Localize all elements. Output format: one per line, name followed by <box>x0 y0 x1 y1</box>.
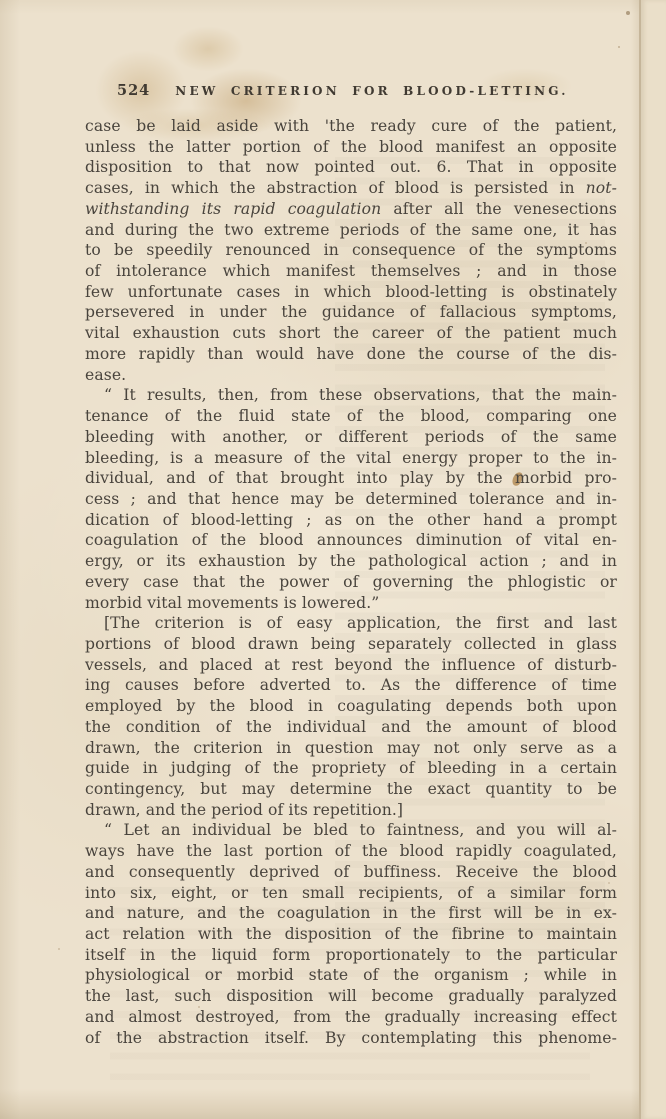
text-line: of the abstraction itself. By contemplat… <box>85 1028 617 1049</box>
left-edge-shadow <box>0 0 20 1119</box>
page-edge <box>639 0 666 1119</box>
text-line: vital exhaustion cuts short the career o… <box>85 323 617 344</box>
text-line: dication of blood-letting ; as on the ot… <box>85 510 617 531</box>
text-line: bleeding with another, or different peri… <box>85 427 617 448</box>
text-line: and consequently deprived of buffiness. … <box>85 862 617 883</box>
text-segment: cases, in which the abstraction of blood… <box>85 179 586 197</box>
running-title: NEW CRITERION FOR BLOOD-LETTING. <box>175 84 568 98</box>
text-line: unless the latter portion of the blood m… <box>85 137 617 158</box>
italic-text-segment: not- <box>586 179 617 197</box>
text-line: cases, in which the abstraction of blood… <box>85 178 617 199</box>
text-line: coagulation of the blood announces dimin… <box>85 530 617 551</box>
text-line: case be laid aside with 'the ready cure … <box>85 116 617 137</box>
text-line: persevered in under the guidance of fall… <box>85 302 617 323</box>
text-line: bleeding, is a measure of the vital ener… <box>85 448 617 469</box>
text-line: more rapidly than would have done the co… <box>85 344 617 365</box>
text-line: morbid vital movements is lowered.” <box>85 593 617 614</box>
page-header: 524 NEW CRITERION FOR BLOOD-LETTING. <box>117 82 587 99</box>
paper-specks <box>0 0 2 2</box>
text-line: “ It results, then, from these observati… <box>85 385 617 406</box>
text-line: “ Let an individual be bled to faintness… <box>85 820 617 841</box>
text-line: withstanding its rapid coagulation after… <box>85 199 617 220</box>
text-line: every case that the power of governing t… <box>85 572 617 593</box>
text-line: employed by the blood in coagulating dep… <box>85 696 617 717</box>
text-segment: after all the venesections <box>381 200 617 218</box>
text-line: to be speedily renounced in consequence … <box>85 240 617 261</box>
text-line: the condition of the individual and the … <box>85 717 617 738</box>
italic-text-segment: withstanding its rapid coagulation <box>85 200 381 218</box>
text-line: few unfortunate cases in which blood-let… <box>85 282 617 303</box>
text-line: [The criterion is of easy application, t… <box>85 613 617 634</box>
text-line: of intolerance which manifest themselves… <box>85 261 617 282</box>
text-line: drawn, and the period of its repetition.… <box>85 800 617 821</box>
text-line: guide in judging of the propriety of ble… <box>85 758 617 779</box>
text-line: and nature, and the coagulation in the f… <box>85 903 617 924</box>
text-line: vessels, and placed at rest beyond the i… <box>85 655 617 676</box>
text-line: portions of blood drawn being separately… <box>85 634 617 655</box>
text-line: ways have the last portion of the blood … <box>85 841 617 862</box>
text-line: itself in the liquid form proportionatel… <box>85 945 617 966</box>
text-line: contingency, but may determine the exact… <box>85 779 617 800</box>
text-line: ease. <box>85 365 617 386</box>
text-line: ergy, or its exhaustion by the pathologi… <box>85 551 617 572</box>
body-text: case be laid aside with 'the ready cure … <box>85 116 617 1048</box>
text-line: tenance of the fluid state of the blood,… <box>85 406 617 427</box>
text-line: physiological or morbid state of the org… <box>85 965 617 986</box>
text-line: and during the two extreme periods of th… <box>85 220 617 241</box>
page-number: 524 <box>117 82 150 99</box>
text-line: and almost destroyed, from the gradually… <box>85 1007 617 1028</box>
bottom-edge-shadow <box>0 1089 666 1119</box>
text-line: dividual, and of that brought into play … <box>85 468 617 489</box>
top-edge-shadow <box>0 0 666 14</box>
text-line: drawn, the criterion in question may not… <box>85 738 617 759</box>
text-line: the last, such disposition will become g… <box>85 986 617 1007</box>
foxing-stain <box>172 26 244 72</box>
text-line: into six, eight, or ten small recipients… <box>85 883 617 904</box>
text-line: disposition to that now pointed out. 6. … <box>85 157 617 178</box>
text-line: ing causes before adverted to. As the di… <box>85 675 617 696</box>
text-line: act relation with the disposition of the… <box>85 924 617 945</box>
text-line: cess ; and that hence may be determined … <box>85 489 617 510</box>
